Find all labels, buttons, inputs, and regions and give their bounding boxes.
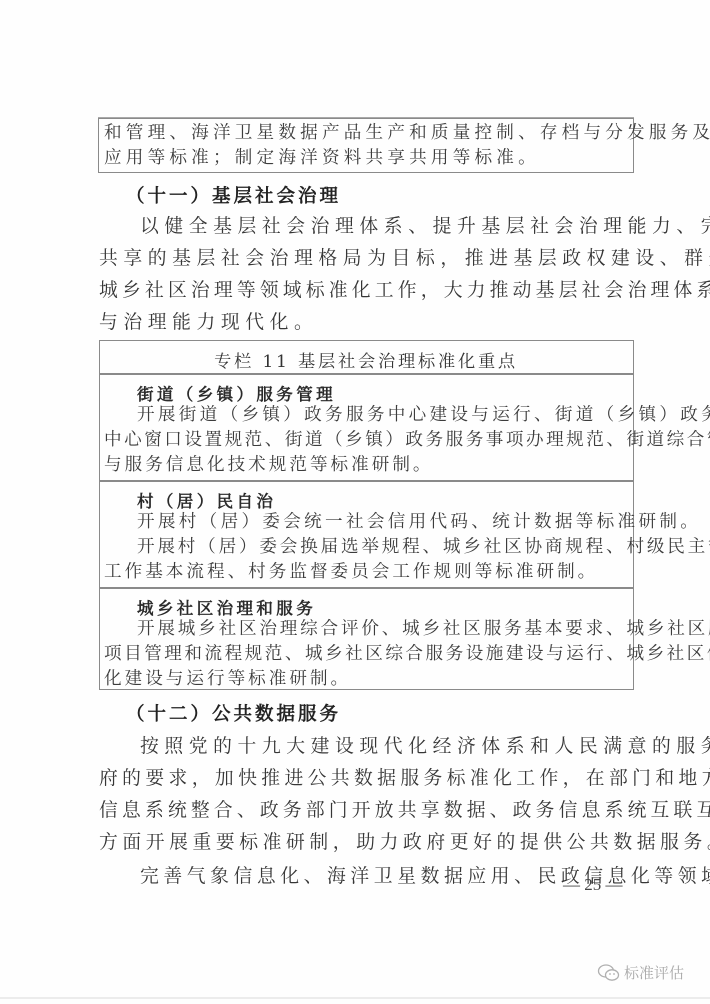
column-section-1-line-3: 与服务信息化技术规范等标准研制。 <box>104 452 434 478</box>
column-section-1-line-1: 开展街道（乡镇）政务服务中心建设与运行、街道（乡镇）政务服务 <box>137 402 710 428</box>
watermark: 标准评估 <box>597 962 684 983</box>
column-section-2-line-3: 工作基本流程、村务监督委员会工作规则等标准研制。 <box>104 559 598 585</box>
column-section-divider-2 <box>99 587 634 589</box>
column-section-divider-1 <box>99 480 634 482</box>
section-11-paragraph-line-2: 共享的基层社会治理格局为目标，推进基层政权建设、群众自治、 <box>99 244 710 274</box>
column-section-3-line-1: 开展城乡社区治理综合评价、城乡社区服务基本要求、城乡社区服务 <box>137 616 710 642</box>
continuation-line-1: 和管理、海洋卫星数据产品生产和质量控制、存档与分发服务及其业务化 <box>104 120 710 146</box>
section-11-paragraph-line-1: 以健全基层社会治理体系、提升基层社会治理能力、完善共建 <box>140 212 710 242</box>
section-12-paragraph-line-3: 信息系统整合、政务部门开放共享数据、政务信息系统互联互通等 <box>99 796 710 826</box>
section-11-paragraph-line-4: 与治理能力现代化。 <box>99 308 318 338</box>
column-box-title: 专栏 11 基层社会治理标准化重点 <box>99 347 633 372</box>
column-section-1-line-2: 中心窗口设置规范、街道（乡镇）政务服务事项办理规范、街道综合管理 <box>104 427 710 453</box>
page-number: — 25 — <box>563 875 623 895</box>
section-11-heading: （十一）基层社会治理 <box>126 182 341 208</box>
section-12-heading: （十二）公共数据服务 <box>126 700 341 726</box>
section-12-next-paragraph-line: 完善气象信息化、海洋卫星数据应用、民政信息化等领域标准 <box>140 862 710 892</box>
column-section-2-line-2: 开展村（居）委会换届选举规程、城乡社区协商规程、村级民主管理 <box>137 534 710 560</box>
watermark-text: 标准评估 <box>624 962 684 983</box>
section-11-paragraph-line-3: 城乡社区治理等领域标准化工作，大力推动基层社会治理体系建设 <box>99 276 710 306</box>
continuation-line-2: 应用等标准；制定海洋资料共享共用等标准。 <box>104 145 540 171</box>
section-12-paragraph-line-4: 方面开展重要标准研制，助力政府更好的提供公共数据服务。 <box>99 828 710 858</box>
bottom-divider <box>0 997 710 999</box>
document-page: 和管理、海洋卫星数据产品生产和质量控制、存档与分发服务及其业务化 应用等标准；制… <box>0 0 710 1004</box>
wechat-icon <box>597 963 621 983</box>
column-section-3-line-2: 项目管理和流程规范、城乡社区综合服务设施建设与运行、城乡社区信息 <box>104 641 710 667</box>
section-12-paragraph-line-2: 府的要求，加快推进公共数据服务标准化工作，在部门和地方政务 <box>99 764 710 794</box>
section-12-paragraph-line-1: 按照党的十九大建设现代化经济体系和人民满意的服务型政 <box>140 732 710 762</box>
column-section-2-line-1: 开展村（居）委会统一社会信用代码、统计数据等标准研制。 <box>137 509 701 535</box>
column-box-title-divider <box>99 373 634 375</box>
column-section-3-line-3: 化建设与运行等标准研制。 <box>104 666 351 692</box>
